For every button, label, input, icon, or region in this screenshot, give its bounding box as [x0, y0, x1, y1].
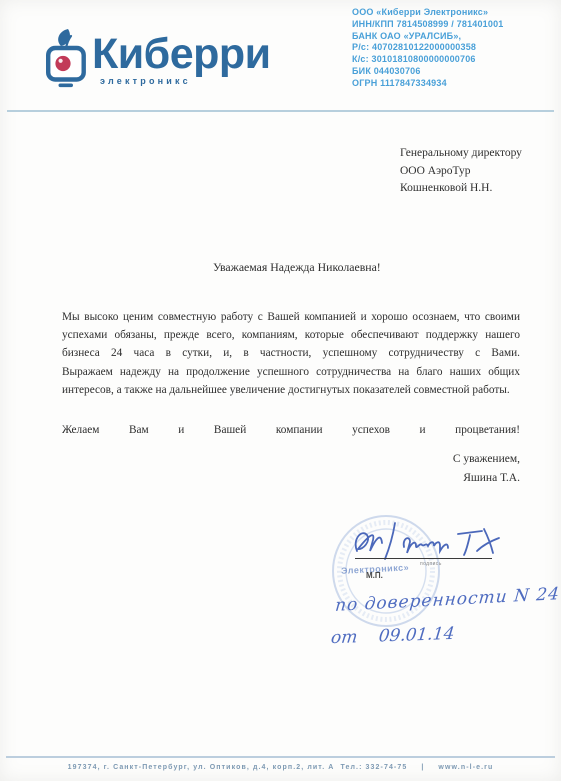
handwritten-date: от 09.01.14 — [330, 624, 456, 648]
tv-berry-logo-icon — [46, 27, 86, 89]
company-requisite-line: БИК 044030706 — [352, 66, 552, 78]
signature-line — [355, 558, 492, 559]
logo-tagline: электроникс — [100, 76, 191, 86]
footer-contact-line: 197374, г. Санкт-Петербург, ул. Оптиков,… — [0, 764, 561, 771]
seal-abbreviation: М.П. — [366, 571, 383, 580]
company-requisite-line: К/с: 30101810800000000706 — [352, 54, 552, 66]
letter-body: Мы высоко ценим совместную работу с Ваше… — [62, 308, 520, 399]
footer-phone: Тел.: 332-74-75 — [340, 764, 407, 771]
signatory-name: Яшина Т.А. — [453, 469, 520, 488]
closing-phrase: С уважением, — [453, 450, 520, 469]
letter-paragraph-2: Выражаем надежду на продолжение успешног… — [62, 363, 520, 399]
letter-page: Киберри электроникс ООО «Киберри Электро… — [0, 0, 561, 781]
salutation: Уважаемая Надежда Николаевна! — [213, 260, 381, 275]
company-requisite-line: БАНК ОАО «УРАЛСИБ», — [352, 31, 552, 43]
recipient-line: Кошненковой Н.Н. — [400, 180, 522, 198]
letter-paragraph-1: Мы высоко ценим совместную работу с Ваше… — [62, 308, 520, 363]
header-divider — [7, 110, 554, 112]
footer-divider — [6, 756, 555, 758]
logo-wordmark: Киберри — [92, 33, 271, 76]
signature-caption: подпись — [420, 561, 442, 567]
company-requisite-line: ИНН/КПП 7814508999 / 781401001 — [352, 19, 552, 31]
company-requisite-line: ОГРН 1117847334934 — [352, 78, 552, 90]
footer-separator: | — [421, 764, 424, 771]
footer-address: 197374, г. Санкт-Петербург, ул. Оптиков,… — [68, 764, 335, 771]
recipient-line: Генеральному директору — [400, 145, 522, 163]
recipient-line: ООО АэроТур — [400, 163, 522, 181]
company-requisite-line: Р/с: 40702810122000000358 — [352, 42, 552, 54]
company-requisite-line: ООО «Киберри Электроникс» — [352, 7, 552, 19]
company-requisites: ООО «Киберри Электроникс»ИНН/КПП 7814508… — [352, 7, 552, 90]
closing-block: С уважением, Яшина Т.А. — [453, 450, 520, 488]
letter-wish-line: Желаем Вам и Вашей компании успехов и пр… — [62, 421, 520, 439]
recipient-block: Генеральному директоруООО АэроТурКошненк… — [400, 145, 522, 198]
footer-website: www.n-l-e.ru — [438, 764, 493, 771]
